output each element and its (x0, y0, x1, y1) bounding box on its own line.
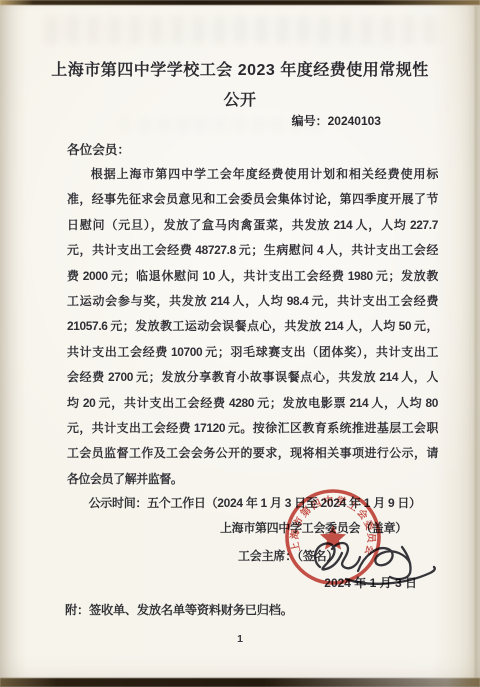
body-line: 元，共计支出工会经费 17120 元。按徐汇区教育系统推进基层工会职 (67, 416, 438, 441)
page-number: 1 (0, 633, 480, 649)
body-line: 费 2000 元；临退休慰问 10 人，共计支出工会经费 1980 元；发放教 (67, 264, 438, 289)
body-line: 共计支出工会经费 10700 元；羽毛球赛支出（团体奖），共计支出工 (67, 340, 438, 365)
scan-edge-bottom (0, 678, 480, 687)
body-line: 工会员监督工作及工会会务公开的要求，现将相关事项进行公示，请 (67, 441, 438, 466)
body-line: 工运动会参与奖，共发放 214 人，人均 98.4 元，共计支出工会经费 (67, 289, 438, 314)
body-line: 日慰问（元旦），发放了盒马肉禽蛋菜，共发放 214 人，人均 227.7 (67, 213, 438, 238)
bleed-through-ghosting (45, 16, 445, 44)
body-text: 根据上海市第四中学工会年度经费使用计划和相关经费使用标准，经事先征求会员意见和工… (67, 162, 438, 492)
document-title: 上海市第四中学学校工会 2023 年度经费使用常规性 公开 (40, 56, 440, 116)
body-line: 元，共计支出工会经费 48727.8 元；生病慰问 4 人，共计支出工会经 (67, 238, 438, 263)
document-number: 编号：20240103 (0, 112, 381, 130)
scan-edge-top (0, 0, 480, 5)
attachment-note: 附：签收单、发放名单等资料财务已归档。 (65, 598, 293, 623)
body-line: 准，经事先征求会员意见和工会委员会集体讨论，第四季度开展了节 (67, 187, 438, 212)
page-edge-shadow (475, 6, 477, 678)
chairman-handwritten-signature (298, 527, 444, 591)
body-line: 根据上海市第四中学工会年度经费使用计划和相关经费使用标 (67, 162, 438, 187)
body-line: 21057.6 元；发放教工运动会误餐点心，共发放 214 人，人均 50 元， (67, 314, 438, 339)
scanned-document-page: 上海市第四中学学校工会 2023 年度经费使用常规性 公开 编号：2024010… (0, 0, 480, 687)
body-line: 会经费 2700 元；发放分享教育小故事误餐点心，共发放 214 人，人 (67, 365, 438, 390)
body-line: 均 20 元，共计支出工会经费 4280 元；发放电影票 214 人，人均 80 (67, 391, 438, 416)
title-line-1: 上海市第四中学学校工会 2023 年度经费使用常规性 (40, 56, 440, 86)
salutation: 各位会员： (67, 139, 130, 158)
